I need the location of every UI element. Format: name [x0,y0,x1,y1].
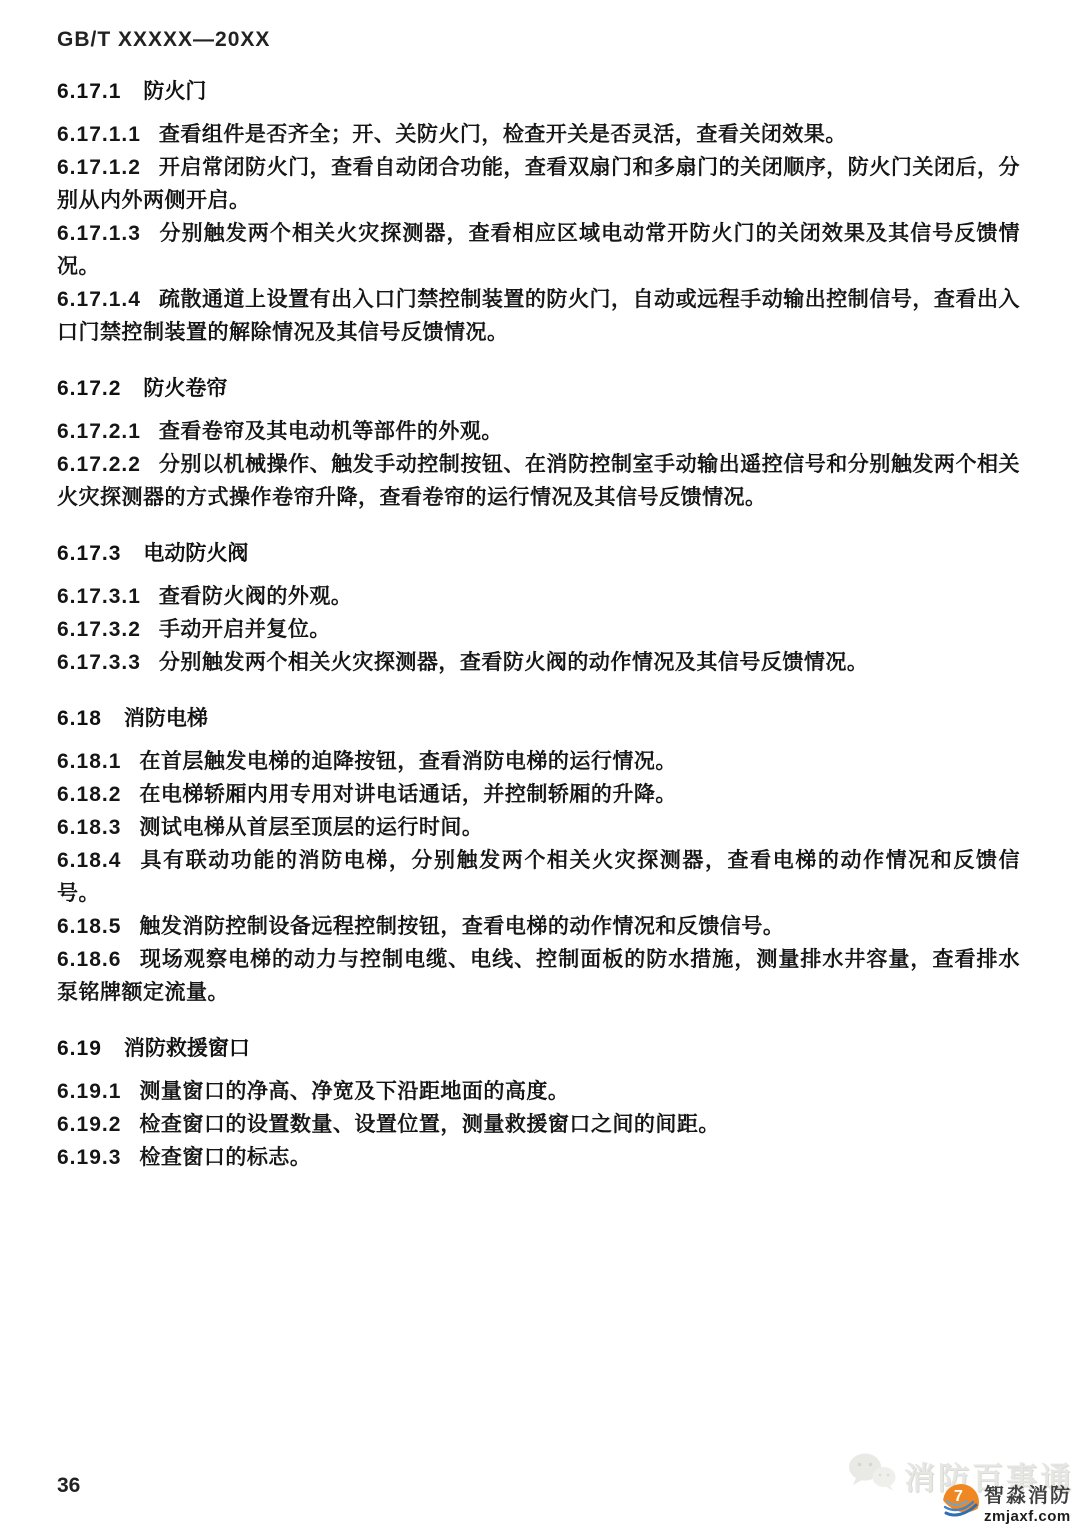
clause-text: 触发消防控制设备远程控制按钮，查看电梯的动作情况和反馈信号。 [139,915,784,938]
clause-number: 6.18.6 [57,948,121,971]
clause-number: 6.18.1 [57,750,121,773]
clause-text: 检查窗口的设置数量、设置位置，测量救援窗口之间的间距。 [139,1113,720,1136]
svg-text:7: 7 [954,1488,963,1505]
section-number: 6.17.3 [57,542,121,565]
clause-number: 6.17.1.2 [57,156,141,179]
clause: 6.17.2.1查看卷帘及其电动机等部件的外观。 [57,415,1020,448]
section-fire-shutters: 6.17.2防火卷帘 6.17.2.1查看卷帘及其电动机等部件的外观。 6.17… [57,375,1020,514]
section-title: 防火门 [143,80,206,103]
clause-number: 6.18.2 [57,783,121,806]
section-number: 6.17.1 [57,80,121,103]
clause: 6.17.3.1查看防火阀的外观。 [57,580,1020,613]
clause: 6.18.4具有联动功能的消防电梯，分别触发两个相关火灾探测器，查看电梯的动作情… [57,844,1020,910]
section-heading: 6.19消防救援窗口 [57,1035,1020,1063]
zhimiao-logo-icon: 7 [942,1483,980,1525]
clause-number: 6.18.4 [57,849,121,872]
clause: 6.18.1在首层触发电梯的迫降按钮，查看消防电梯的运行情况。 [57,745,1020,778]
clause: 6.19.3检查窗口的标志。 [57,1141,1020,1174]
section-title: 电动防火阀 [143,542,248,565]
clause-text: 测试电梯从首层至顶层的运行时间。 [139,816,483,839]
clause-number: 6.17.1.4 [57,288,141,311]
clause: 6.18.5触发消防控制设备远程控制按钮，查看电梯的动作情况和反馈信号。 [57,910,1020,943]
clause-number: 6.18.5 [57,915,121,938]
wechat-icon [846,1450,898,1501]
brand-logo: 7 智淼消防 zmjaxf.com [942,1483,1072,1525]
clause-number: 6.19.3 [57,1146,121,1169]
section-title: 消防电梯 [124,707,208,730]
clause: 6.18.6现场观察电梯的动力与控制电缆、电线、控制面板的防水措施，测量排水井容… [57,943,1020,1009]
brand-site-url: zmjaxf.com [984,1509,1072,1524]
brand-name: 智淼消防 [984,1486,1072,1506]
clause-number: 6.17.3.3 [57,651,141,674]
clause: 6.19.2检查窗口的设置数量、设置位置，测量救援窗口之间的间距。 [57,1108,1020,1141]
section-heading: 6.17.1防火门 [57,78,1020,106]
clause-number: 6.19.2 [57,1113,121,1136]
clause: 6.17.1.2开启常闭防火门，查看自动闭合功能，查看双扇门和多扇门的关闭顺序，… [57,151,1020,217]
clause-text: 在电梯轿厢内用专用对讲电话通话，并控制轿厢的升降。 [139,783,677,806]
section-heading: 6.18消防电梯 [57,705,1020,733]
clause: 6.18.2在电梯轿厢内用专用对讲电话通话，并控制轿厢的升降。 [57,778,1020,811]
clause-number: 6.19.1 [57,1080,121,1103]
section-heading: 6.17.3电动防火阀 [57,540,1020,568]
clause-number: 6.17.3.1 [57,585,141,608]
section-number: 6.17.2 [57,377,121,400]
clause-text: 测量窗口的净高、净宽及下沿距地面的高度。 [139,1080,569,1103]
brand-text: 智淼消防 zmjaxf.com [984,1486,1072,1524]
clause: 6.17.2.2分别以机械操作、触发手动控制按钮、在消防控制室手动输出遥控信号和… [57,448,1020,514]
standard-code-header: GB/T XXXXX—20XX [57,28,1020,52]
clause: 6.19.1测量窗口的净高、净宽及下沿距地面的高度。 [57,1075,1020,1108]
document-content: GB/T XXXXX—20XX 6.17.1防火门 6.17.1.1查看组件是否… [57,28,1020,1174]
clause: 6.17.1.3分别触发两个相关火灾探测器，查看相应区域电动常开防火门的关闭效果… [57,217,1020,283]
clause-text: 分别触发两个相关火灾探测器，查看防火阀的动作情况及其信号反馈情况。 [159,651,869,674]
clause-number: 6.17.1.3 [57,222,141,245]
section-fire-rescue-windows: 6.19消防救援窗口 6.19.1测量窗口的净高、净宽及下沿距地面的高度。 6.… [57,1035,1020,1174]
clause-text: 检查窗口的标志。 [139,1146,311,1169]
clause-text: 手动开启并复位。 [159,618,331,641]
clause: 6.17.3.3分别触发两个相关火灾探测器，查看防火阀的动作情况及其信号反馈情况… [57,646,1020,679]
clause-text: 疏散通道上设置有出入口门禁控制装置的防火门，自动或远程手动输出控制信号，查看出入… [57,288,1020,344]
clause-number: 6.17.1.1 [57,123,141,146]
clause-text: 在首层触发电梯的迫降按钮，查看消防电梯的运行情况。 [139,750,677,773]
clause: 6.18.3测试电梯从首层至顶层的运行时间。 [57,811,1020,844]
page-number: 36 [57,1474,80,1498]
clause-text: 查看组件是否齐全；开、关防火门，检查开关是否灵活，查看关闭效果。 [159,123,847,146]
clause-text: 分别触发两个相关火灾探测器，查看相应区域电动常开防火门的关闭效果及其信号反馈情况… [57,222,1020,278]
clause-number: 6.18.3 [57,816,121,839]
clause-text: 查看防火阀的外观。 [159,585,353,608]
clause-text: 查看卷帘及其电动机等部件的外观。 [159,420,503,443]
clause-text: 现场观察电梯的动力与控制电缆、电线、控制面板的防水措施，测量排水井容量，查看排水… [57,948,1020,1004]
clause-number: 6.17.2.2 [57,453,141,476]
clause: 6.17.1.1查看组件是否齐全；开、关防火门，检查开关是否灵活，查看关闭效果。 [57,118,1020,151]
section-title: 消防救援窗口 [124,1037,250,1060]
clause-text: 具有联动功能的消防电梯，分别触发两个相关火灾探测器，查看电梯的动作情况和反馈信号… [57,849,1020,905]
clause: 6.17.3.2手动开启并复位。 [57,613,1020,646]
section-fire-elevators: 6.18消防电梯 6.18.1在首层触发电梯的迫降按钮，查看消防电梯的运行情况。… [57,705,1020,1009]
section-title: 防火卷帘 [143,377,227,400]
section-electric-fire-dampers: 6.17.3电动防火阀 6.17.3.1查看防火阀的外观。 6.17.3.2手动… [57,540,1020,679]
clause-number: 6.17.3.2 [57,618,141,641]
section-number: 6.19 [57,1037,102,1060]
section-heading: 6.17.2防火卷帘 [57,375,1020,403]
document-page: GB/T XXXXX—20XX 6.17.1防火门 6.17.1.1查看组件是否… [0,0,1080,1525]
clause-text: 开启常闭防火门，查看自动闭合功能，查看双扇门和多扇门的关闭顺序，防火门关闭后，分… [57,156,1020,212]
clause-text: 分别以机械操作、触发手动控制按钮、在消防控制室手动输出遥控信号和分别触发两个相关… [57,453,1020,509]
section-number: 6.18 [57,707,102,730]
clause: 6.17.1.4疏散通道上设置有出入口门禁控制装置的防火门，自动或远程手动输出控… [57,283,1020,349]
section-fire-doors: 6.17.1防火门 6.17.1.1查看组件是否齐全；开、关防火门，检查开关是否… [57,78,1020,349]
clause-number: 6.17.2.1 [57,420,141,443]
